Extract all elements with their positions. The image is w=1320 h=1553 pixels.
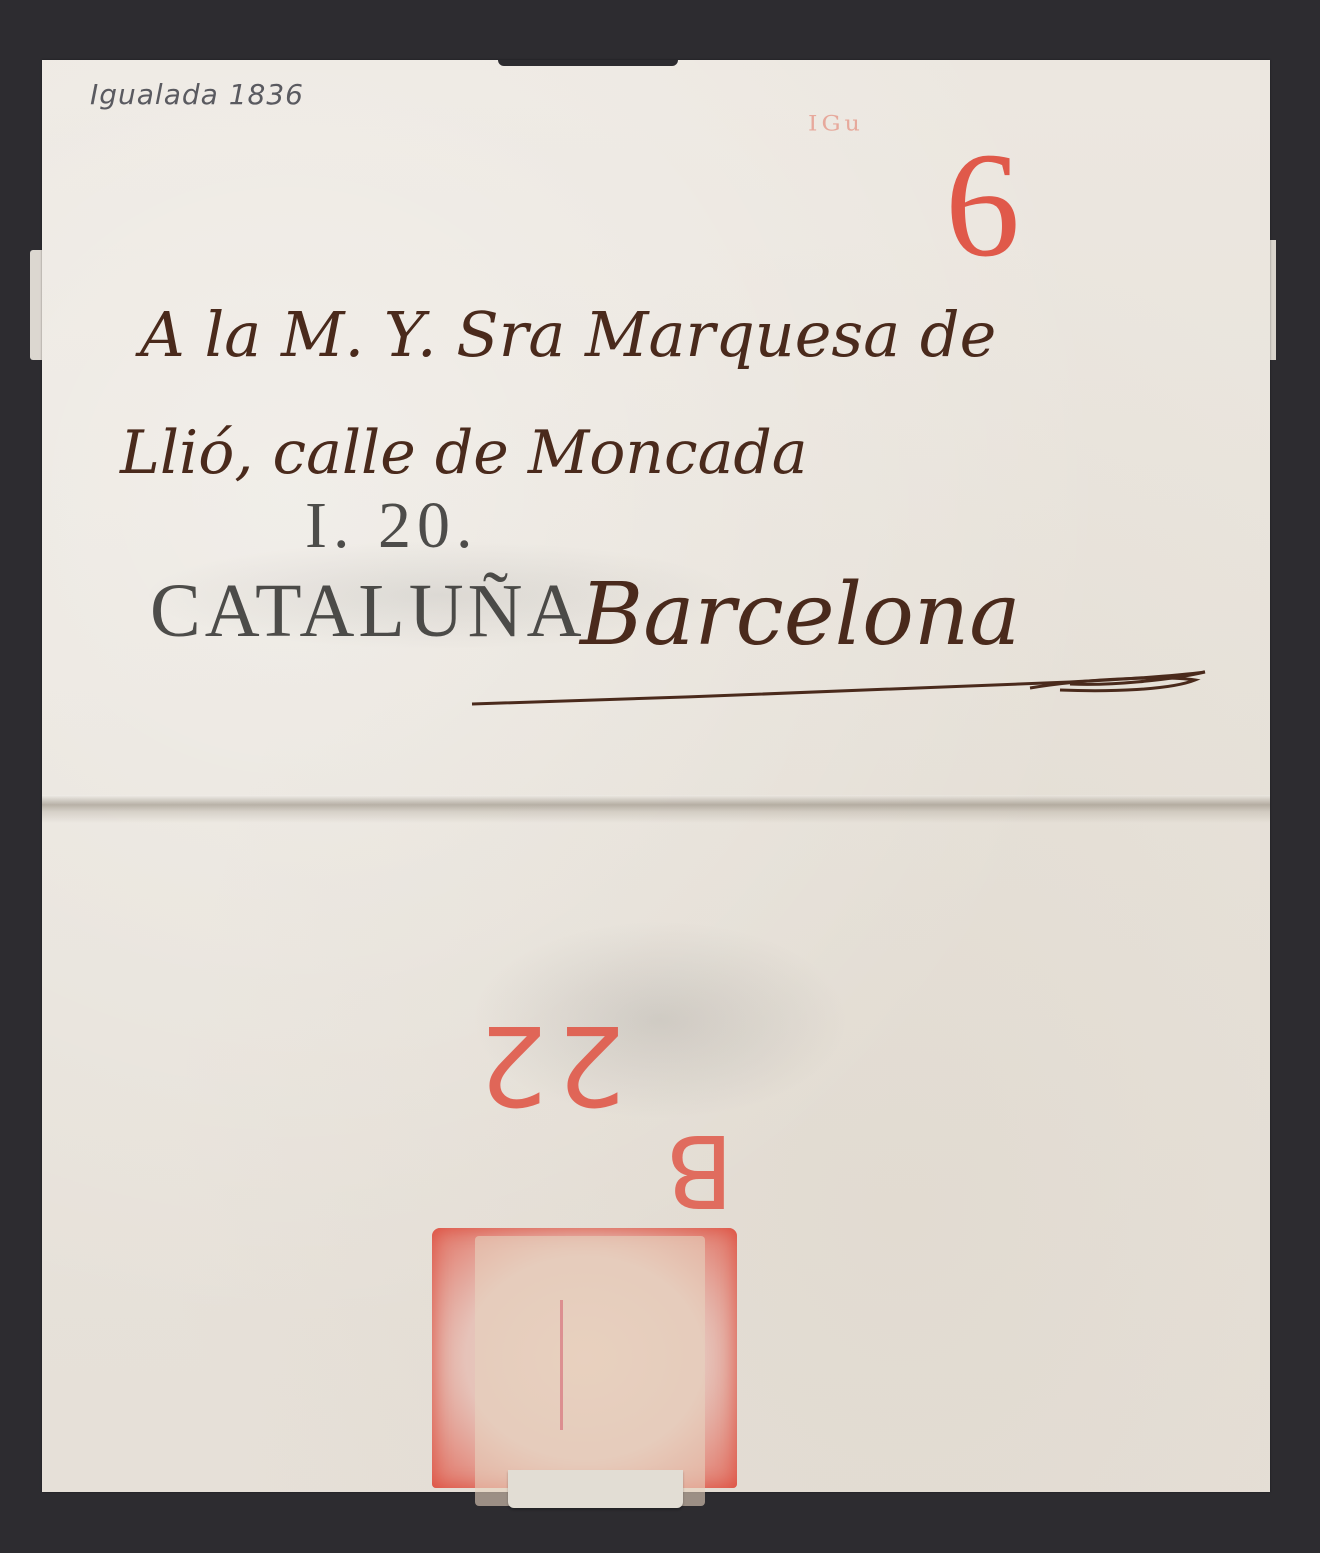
faint-red-handstamp: ᴵᴳᵘ (808, 108, 864, 152)
pencil-annotation: Igualada 1836 (90, 78, 304, 111)
address-recipient-line: A la M. Y. Sra Marquesa de (140, 298, 996, 371)
postmark-number-line: I. 20. (305, 488, 478, 564)
top-edge-notch (498, 60, 678, 66)
inverted-red-backstamp-letter: B (665, 1120, 734, 1220)
inverted-red-backstamp: 22 (470, 1010, 626, 1120)
address-street-line: Llió, calle de Moncada (120, 418, 808, 488)
horizontal-fold-crease (42, 795, 1270, 823)
seal-paper-wafer (475, 1236, 705, 1506)
address-city-line: Barcelona (580, 565, 1021, 665)
seal-crease-line (560, 1300, 563, 1430)
postmark-region-line: CATALUÑA (150, 568, 585, 655)
postal-rate-mark: 6 (945, 130, 1020, 280)
underline-flourish (470, 668, 1210, 708)
bottom-seal-flap (508, 1470, 683, 1508)
